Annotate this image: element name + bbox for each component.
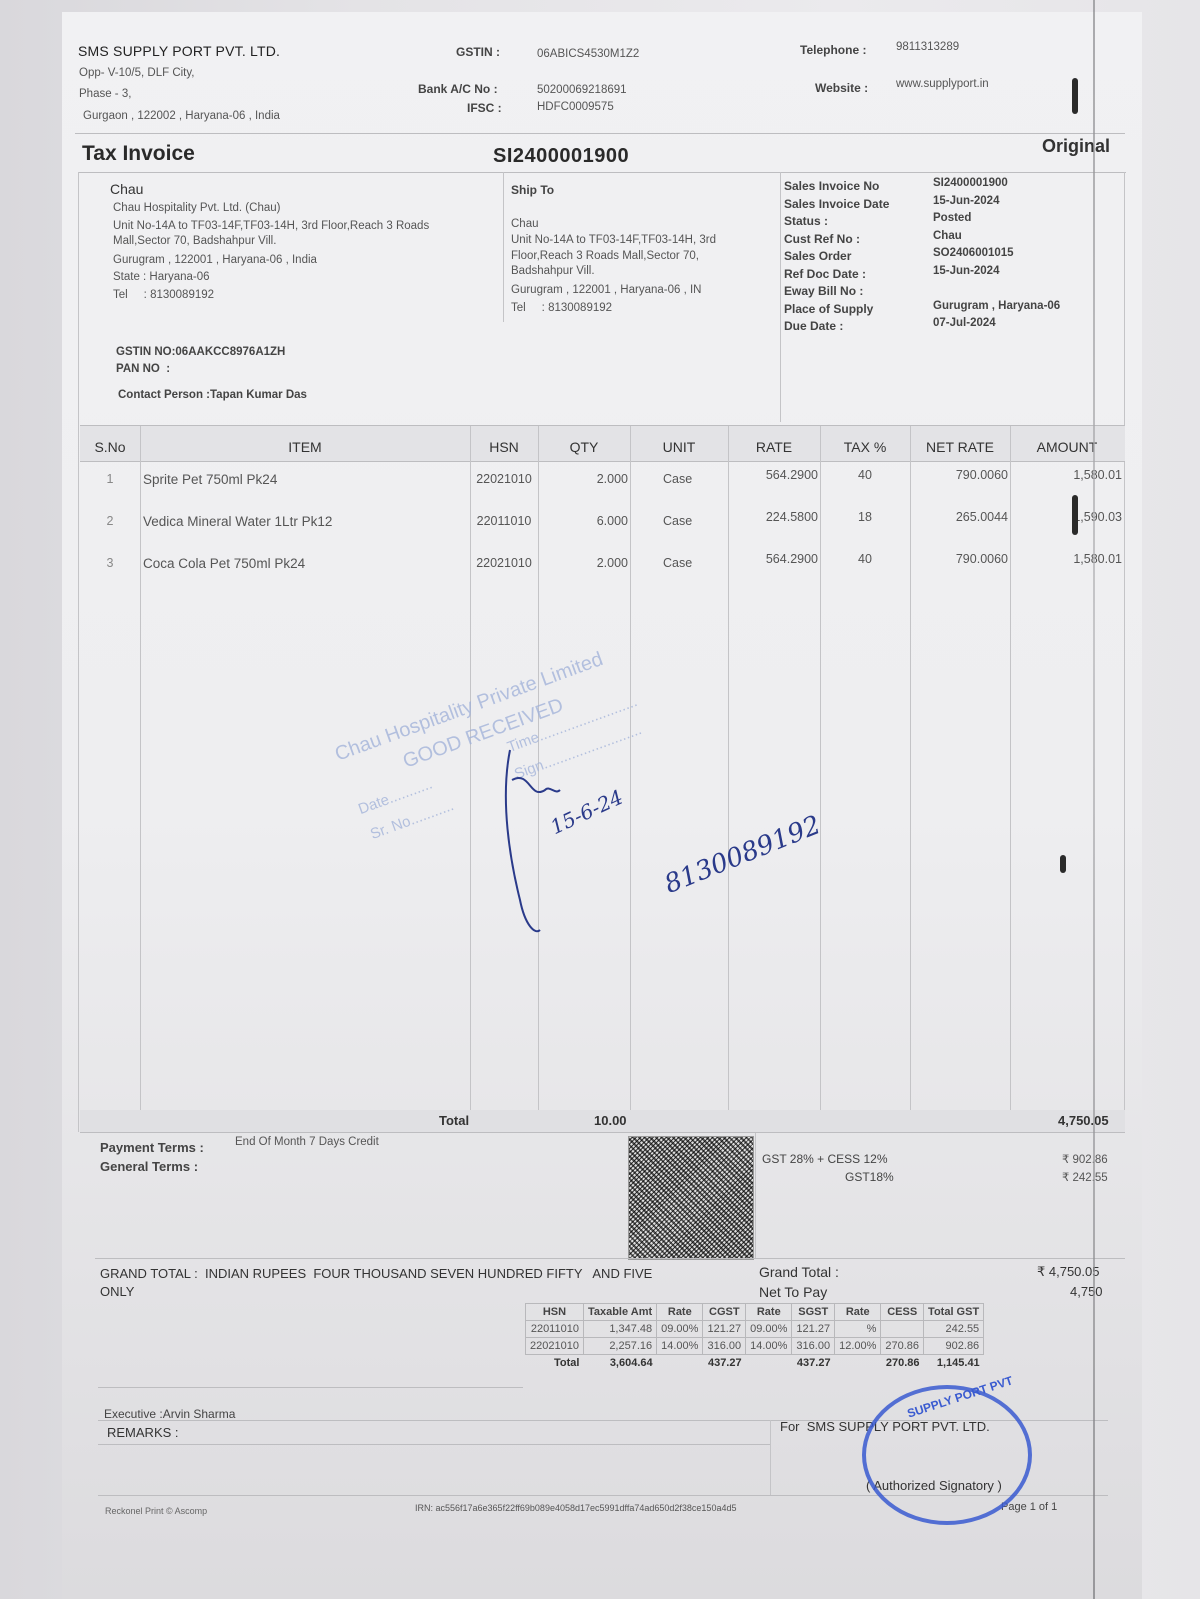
ship-to-tel: Tel : 8130089192 [511, 302, 612, 314]
gst-column-header: Rate [746, 1304, 792, 1321]
website-label: Website : [815, 81, 868, 95]
cell-amount: 1,580.01 [1010, 468, 1122, 482]
gst-breakup-table: HSNTaxable AmtRateCGSTRateSGSTRateCESSTo… [525, 1303, 984, 1372]
cell-sno: 1 [80, 472, 140, 486]
total-qty: 10.00 [594, 1113, 627, 1128]
signature-icon [490, 740, 580, 940]
cell-qty: 6.000 [538, 514, 628, 528]
page-number: Page 1 of 1 [1001, 1501, 1057, 1513]
column-header: UNIT [630, 439, 728, 455]
gst-total-cell: 437.27 [792, 1355, 835, 1372]
meta-label: Sales Invoice No [784, 179, 879, 193]
telephone-value: 9811313289 [896, 41, 959, 53]
grand-total-words-cont: ONLY [100, 1284, 134, 1299]
column-header: TAX % [820, 439, 910, 455]
column-header: HSN [470, 439, 538, 455]
gst-column-header: Taxable Amt [583, 1304, 656, 1321]
gst-cell: 242.55 [924, 1321, 984, 1338]
cell-unit: Case [663, 472, 692, 486]
invoice-number: SI2400001900 [493, 145, 629, 168]
cell-hsn: 22021010 [470, 556, 538, 570]
payment-terms-label: Payment Terms : [100, 1140, 204, 1155]
remarks-label: REMARKS : [107, 1425, 179, 1440]
gstin-label: GSTIN : [456, 45, 500, 59]
bill-to-short-name: Chau [110, 181, 143, 197]
gst-cell: 316.00 [703, 1338, 746, 1355]
meta-label: Cust Ref No : [784, 232, 860, 246]
supplier-address-line: Phase - 3, [79, 88, 131, 100]
gst-column-header: Rate [835, 1304, 881, 1321]
contact-person: Contact Person :Tapan Kumar Das [118, 389, 307, 401]
cell-amount: 1,590.03 [1010, 510, 1122, 524]
cell-sno: 3 [80, 556, 140, 570]
cell-tax: 40 [820, 468, 910, 482]
gst-cell: 902.86 [924, 1338, 984, 1355]
cell-unit: Case [663, 556, 692, 570]
ship-to-address: Unit No-14A to TF03-14F,TF03-14H, 3rd [511, 234, 716, 246]
gst-total-cell: Total [526, 1355, 584, 1372]
document-title: Tax Invoice [82, 142, 195, 166]
gst-total-cell [657, 1355, 703, 1372]
bill-to-state: State : Haryana-06 [113, 271, 210, 283]
cell-tax: 18 [820, 510, 910, 524]
column-header: ITEM [140, 439, 470, 455]
gst-total-cell [746, 1355, 792, 1372]
bill-to-pan: PAN NO : [116, 363, 170, 375]
gst-row: 220210102,257.1614.00%316.0014.00%316.00… [526, 1338, 984, 1355]
column-header: S.No [80, 439, 140, 455]
meta-value: 15-Jun-2024 [933, 195, 999, 207]
tax-summary-label: GST 28% + CESS 12% [762, 1152, 888, 1166]
cell-net-rate: 790.0060 [910, 552, 1008, 566]
cell-item: Coca Cola Pet 750ml Pk24 [143, 556, 305, 571]
gst-column-header: SGST [792, 1304, 835, 1321]
gst-cell: 09.00% [657, 1321, 703, 1338]
telephone-label: Telephone : [800, 43, 866, 57]
gst-cell: 1,347.48 [583, 1321, 656, 1338]
supplier-name: SMS SUPPLY PORT PVT. LTD. [78, 43, 280, 59]
supplier-address-line: Gurgaon , 122002 , Haryana-06 , India [83, 110, 280, 122]
cell-rate: 564.2900 [728, 552, 818, 566]
cell-qty: 2.000 [538, 472, 628, 486]
copy-type: Original [1042, 136, 1110, 157]
cell-tax: 40 [820, 552, 910, 566]
grand-total-words: GRAND TOTAL : INDIAN RUPEES FOUR THOUSAN… [100, 1266, 652, 1281]
bill-to-tel: Tel : 8130089192 [113, 289, 214, 301]
cell-amount: 1,580.01 [1010, 552, 1122, 566]
cell-item: Sprite Pet 750ml Pk24 [143, 472, 277, 487]
cell-net-rate: 265.0044 [910, 510, 1008, 524]
bank-account: 50200069218691 [537, 84, 627, 96]
gst-total-row: Total3,604.64437.27437.27270.861,145.41 [526, 1355, 984, 1372]
supplier-address-line: Opp- V-10/5, DLF City, [79, 67, 194, 79]
ship-to-city: Gurugram , 122001 , Haryana-06 , IN [511, 284, 702, 296]
cell-rate: 224.5800 [728, 510, 818, 524]
qr-code [628, 1136, 754, 1260]
meta-label: Due Date : [784, 319, 843, 333]
meta-label: Place of Supply [784, 302, 873, 316]
gst-cell: 09.00% [746, 1321, 792, 1338]
gst-column-header: HSN [526, 1304, 584, 1321]
software-credit: Reckonel Print © Ascomp [105, 1506, 207, 1516]
executive: Executive :Arvin Sharma [104, 1407, 235, 1421]
ship-to-name: Chau [511, 218, 539, 230]
net-to-pay-value: 4,750 [1070, 1284, 1103, 1299]
meta-value: 07-Jul-2024 [933, 317, 996, 329]
gst-cell: 121.27 [792, 1321, 835, 1338]
gst-cell: 2,257.16 [583, 1338, 656, 1355]
gst-total-cell: 1,145.41 [924, 1355, 984, 1372]
cell-hsn: 22021010 [470, 472, 538, 486]
ship-to-address: Floor,Reach 3 Roads Mall,Sector 70, [511, 250, 699, 262]
gst-cell: 22011010 [526, 1321, 584, 1338]
meta-label: Ref Doc Date : [784, 267, 866, 281]
payment-terms-value: End Of Month 7 Days Credit [235, 1136, 379, 1148]
gst-cell: % [835, 1321, 881, 1338]
cell-rate: 564.2900 [728, 468, 818, 482]
general-terms-label: General Terms : [100, 1159, 198, 1174]
ifsc-value: HDFC0009575 [537, 101, 614, 113]
gst-cell: 270.86 [881, 1338, 924, 1355]
meta-label: Eway Bill No : [784, 284, 863, 298]
ship-to-address: Badshahpur Vill. [511, 265, 595, 277]
gst-cell [881, 1321, 924, 1338]
bill-to-address: Mall,Sector 70, Badshahpur Vill. [113, 235, 276, 247]
bill-to-address: Unit No-14A to TF03-14F,TF03-14H, 3rd Fl… [113, 220, 429, 232]
cell-net-rate: 790.0060 [910, 468, 1008, 482]
meta-value: SO2406001015 [933, 247, 1014, 259]
gst-column-header: Total GST [924, 1304, 984, 1321]
total-amount: 4,750.05 [1058, 1113, 1109, 1128]
bank-label: Bank A/C No : [418, 82, 498, 96]
meta-value: SI2400001900 [933, 177, 1008, 189]
total-label: Total [439, 1113, 469, 1128]
gst-total-cell: 270.86 [881, 1355, 924, 1372]
tax-summary-label: GST18% [845, 1170, 894, 1184]
cell-qty: 2.000 [538, 556, 628, 570]
meta-value: Gurugram , Haryana-06 [933, 300, 1060, 312]
gst-cell: 14.00% [746, 1338, 792, 1355]
gst-total-cell: 437.27 [703, 1355, 746, 1372]
grand-total-value: ₹ 4,750.05 [1037, 1264, 1100, 1280]
ship-to-label: Ship To [511, 183, 554, 197]
gst-column-header: CGST [703, 1304, 746, 1321]
gst-cell: 12.00% [835, 1338, 881, 1355]
website-link[interactable]: www.supplyport.in [896, 78, 989, 90]
bill-to-gstin: GSTIN NO:06AAKCC8976A1ZH [116, 346, 285, 358]
gst-cell: 22021010 [526, 1338, 584, 1355]
paper-fold [1093, 0, 1095, 1599]
irn: IRN: ac556f17a6e365f22ff69b089e4058d17ec… [415, 1503, 736, 1513]
gst-cell: 316.00 [792, 1338, 835, 1355]
column-header: QTY [538, 439, 630, 455]
gstin-value: 06ABICS4530M1Z2 [537, 48, 639, 60]
meta-label: Sales Order [784, 249, 851, 263]
meta-value: Posted [933, 212, 971, 224]
bill-to-company: Chau Hospitality Pvt. Ltd. (Chau) [113, 202, 280, 214]
cell-unit: Case [663, 514, 692, 528]
tax-summary-value: ₹ 242.55 [1062, 1170, 1108, 1184]
gst-cell: 121.27 [703, 1321, 746, 1338]
cell-item: Vedica Mineral Water 1Ltr Pk12 [143, 514, 332, 529]
meta-value: 15-Jun-2024 [933, 265, 999, 277]
gst-column-header: CESS [881, 1304, 924, 1321]
column-header: AMOUNT [1010, 439, 1124, 455]
gst-cell: 14.00% [657, 1338, 703, 1355]
cell-hsn: 22011010 [470, 514, 538, 528]
gst-column-header: Rate [657, 1304, 703, 1321]
meta-value: Chau [933, 230, 962, 242]
gst-total-cell: 3,604.64 [583, 1355, 656, 1372]
gst-total-cell [835, 1355, 881, 1372]
cell-sno: 2 [80, 514, 140, 528]
grand-total-label: Grand Total : [759, 1264, 839, 1280]
bill-to-city: Gurugram , 122001 , Haryana-06 , India [113, 254, 317, 266]
meta-label: Status : [784, 214, 828, 228]
meta-label: Sales Invoice Date [784, 197, 889, 211]
net-to-pay-label: Net To Pay [759, 1284, 827, 1300]
tax-summary-value: ₹ 902.86 [1062, 1152, 1108, 1166]
column-header: RATE [728, 439, 820, 455]
gst-row: 220110101,347.4809.00%121.2709.00%121.27… [526, 1321, 984, 1338]
ifsc-label: IFSC : [467, 101, 502, 115]
column-header: NET RATE [910, 439, 1010, 455]
